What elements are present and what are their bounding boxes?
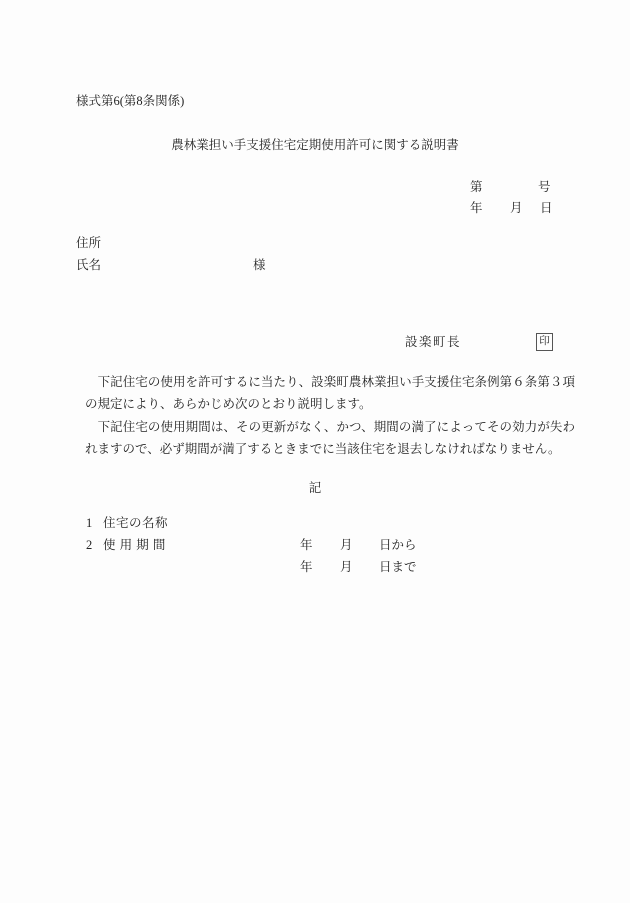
recipient-honorific: 様 [253,259,266,272]
seal-stamp-label: 印 [539,337,550,348]
seal-stamp-box: 印 [536,333,553,351]
body-text: 下記住宅の使用を許可するに当たり、設楽町農林業担い手支援住宅条例第６条第３項の規… [85,371,575,461]
item2-number: 2 [86,539,92,552]
date-month-label: 月 [510,202,523,215]
recipient-name-label: 氏名 [76,259,101,272]
recipient-address-label: 住所 [76,237,101,250]
issuer-title: 設楽町長 [405,336,461,349]
document-title: 農林業担い手支援住宅定期使用許可に関する説明書 [171,139,459,152]
item2-label: 使 用 期 間 [103,539,166,552]
doc-number-suffix: 号 [538,181,551,194]
period-from-day-label: 日から [379,539,417,552]
document-page: 様式第6(第8条関係) 農林業担い手支援住宅定期使用許可に関する説明書 第 号 … [0,0,630,903]
period-from-year-label: 年 [300,539,313,552]
doc-number-prefix: 第 [470,181,483,194]
list-heading: 記 [309,482,322,495]
item1-number: 1 [86,517,92,530]
period-from-month-label: 月 [340,539,353,552]
item1-label: 住宅の名称 [103,517,168,530]
period-to-day-label: 日まで [379,561,417,574]
period-to-month-label: 月 [340,561,353,574]
body-paragraph-2: 下記住宅の使用期間は、その更新がなく、かつ、期間の満了によってその効力が失われま… [85,416,575,461]
period-to-year-label: 年 [300,561,313,574]
body-paragraph-1: 下記住宅の使用を許可するに当たり、設楽町農林業担い手支援住宅条例第６条第３項の規… [85,371,575,416]
form-number: 様式第6(第8条関係) [76,95,184,108]
date-day-label: 日 [540,202,553,215]
date-year-label: 年 [470,202,483,215]
